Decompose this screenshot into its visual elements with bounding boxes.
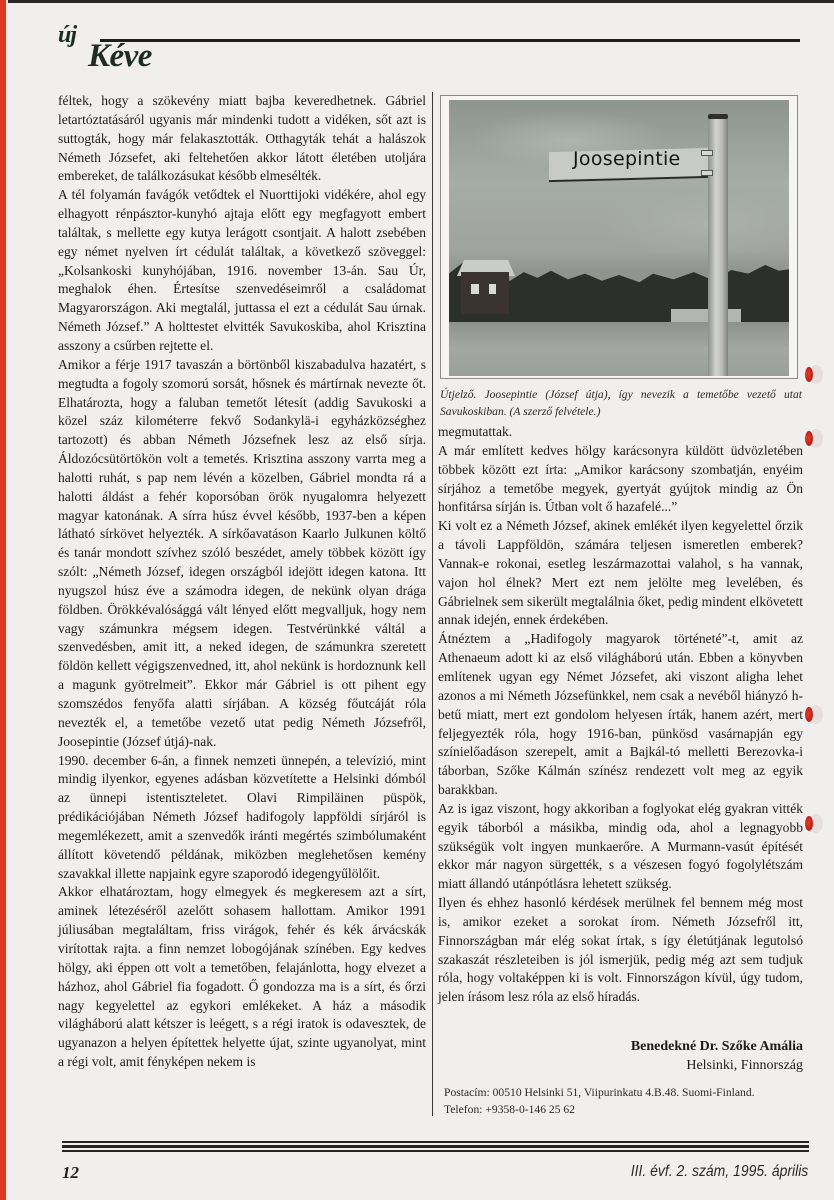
- author-name: Benedekné Dr. Szőke Amália: [438, 1037, 803, 1056]
- paragraph: Amikor a férje 1917 tavaszán a börtönből…: [58, 356, 426, 752]
- margin-marker-icon: [805, 705, 819, 723]
- left-column: féltek, hogy a szökevény miatt bajba kev…: [58, 92, 426, 1072]
- paragraph: Ki volt ez a Németh József, akinek emlék…: [438, 517, 803, 630]
- margin-marker-icon: [805, 814, 819, 832]
- masthead: új Kéve: [58, 18, 803, 78]
- footer-rules: [62, 1141, 809, 1155]
- page-number: 12: [62, 1163, 79, 1183]
- issue-info: III. évf. 2. szám, 1995. április: [630, 1163, 808, 1181]
- margin-marker-icon: [805, 365, 819, 383]
- logo-main: Kéve: [88, 38, 152, 75]
- page-top-edge: [0, 0, 834, 3]
- masthead-rule: [100, 39, 800, 42]
- sign-bracket: [701, 170, 713, 176]
- postal-address: Postacím: 00510 Helsinki 51, Viipurinkat…: [444, 1085, 806, 1102]
- right-column: megmutattak. A már említett kedves hölgy…: [438, 423, 803, 1007]
- house: [461, 272, 509, 314]
- paragraph: féltek, hogy a szökevény miatt bajba kev…: [58, 92, 426, 186]
- house-window: [471, 284, 479, 294]
- author-signature: Benedekné Dr. Szőke Amália Helsinki, Fin…: [438, 1037, 803, 1075]
- photo-caption: Útjelző. Joosepintie (József útja), így …: [440, 387, 802, 420]
- margin-marker-icon: [805, 429, 819, 447]
- field: [449, 322, 789, 376]
- photo-street-sign: Joosepintie: [449, 100, 789, 376]
- street-sign-text: Joosepintie: [573, 148, 681, 170]
- photo-frame: Joosepintie: [440, 95, 798, 379]
- author-location: Helsinki, Finnország: [438, 1056, 803, 1075]
- paragraph: 1990. december 6-án, a finnek nemzeti ün…: [58, 752, 426, 884]
- author-contact: Postacím: 00510 Helsinki 51, Viipurinkat…: [444, 1085, 806, 1118]
- pole-cap: [708, 114, 728, 119]
- paragraph: Az is igaz viszont, hogy akkoriban a fog…: [438, 800, 803, 894]
- logo-small: új: [58, 22, 76, 49]
- paragraph: Ilyen és ehhez hasonló kérdések merülnek…: [438, 894, 803, 1007]
- house-window: [489, 284, 496, 294]
- paragraph: A már említett kedves hölgy karácsonyra …: [438, 442, 803, 517]
- phone-number: Telefon: +9358-0-146 25 62: [444, 1102, 806, 1119]
- column-divider: [432, 92, 433, 1116]
- page-edge: [6, 0, 8, 1200]
- paragraph: Átnéztem a „Hadifogoly magyarok történet…: [438, 630, 803, 800]
- paragraph: A tél folyamán favágók vetődtek el Nuort…: [58, 186, 426, 356]
- paragraph: megmutattak.: [438, 423, 803, 442]
- cloud: [599, 190, 789, 260]
- sign-bracket: [701, 150, 713, 156]
- paragraph: Akkor elhatároztam, hogy elmegyek és meg…: [58, 883, 426, 1071]
- shed: [671, 309, 741, 323]
